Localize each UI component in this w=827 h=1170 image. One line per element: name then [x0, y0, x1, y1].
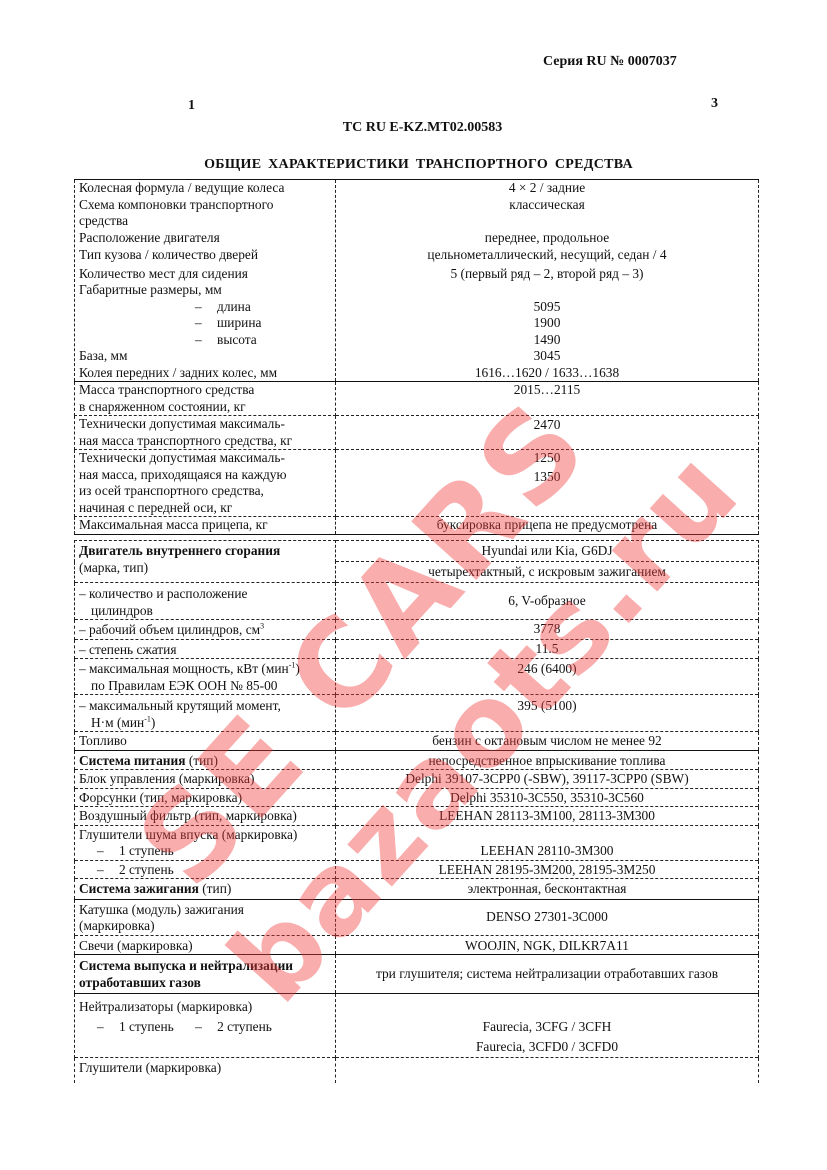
- catalysts-value: Faurecia, 3CFG / 3CFH Faurecia, 3CFD0 / …: [336, 994, 759, 1058]
- value-cell: 4 × 2 / задние классическая переднее, пр…: [336, 180, 759, 382]
- fuel-value: бензин с октановым числом не менее 92: [336, 732, 759, 751]
- power-label: – максимальная мощность, кВт (мин-1) по …: [75, 659, 336, 695]
- seats-label: Количество мест для сидения: [79, 266, 331, 283]
- length-label: –длина: [79, 299, 331, 316]
- intake-stage-1-value: LEEHAN 28110-3M300: [336, 825, 759, 860]
- label-cell: Колесная формула / ведущие колеса Схема …: [75, 180, 336, 382]
- certificate-number: ТС RU E-KZ.MT02.00583: [0, 120, 827, 136]
- engine-type-value: четырехтактный, с искровым зажиганием: [336, 562, 759, 583]
- table-row: – рабочий объем цилиндров, см3 3778: [75, 620, 759, 640]
- wheelbase-value: 3045: [340, 348, 754, 365]
- height-value: 1490: [340, 332, 754, 349]
- seats-value: 5 (первый ряд – 2, второй ряд – 3): [340, 266, 754, 283]
- table-row: Воздушный фильтр (тип, маркировка) LEEHA…: [75, 807, 759, 826]
- layout-label: Схема компоновки транспортного: [79, 197, 331, 214]
- page-number-left: 1: [188, 98, 195, 114]
- axle-mass-label: Технически допустимая максималь- ная мас…: [75, 450, 336, 517]
- table-row: Топливо бензин с октановым числом не мен…: [75, 732, 759, 751]
- fuel-system-value: непосредственное впрыскивание топлива: [336, 750, 759, 770]
- table-row: Технически допустимая максималь- ная мас…: [75, 416, 759, 450]
- ecu-label: Блок управления (маркировка): [75, 770, 336, 789]
- engine-title-label: Двигатель внутреннего сгорания (марка, т…: [75, 541, 336, 583]
- table-row: Свечи (маркировка) WOOJIN, NGK, DILKR7A1…: [75, 935, 759, 955]
- table-row: Система питания (тип) непосредственное в…: [75, 750, 759, 770]
- curb-mass-value: 2015…2115: [336, 382, 759, 416]
- intake-stage-2-value: LEEHAN 28195-3M200, 28195-3M250: [336, 860, 759, 879]
- track-value: 1616…1620 / 1633…1638: [340, 365, 754, 382]
- ignition-label: Система зажигания (тип): [75, 879, 336, 900]
- table-row: Система выпуска и нейтрализации отработа…: [75, 955, 759, 994]
- fuel-label: Топливо: [75, 732, 336, 751]
- wheel-formula-label: Колесная формула / ведущие колеса: [79, 180, 331, 197]
- width-value: 1900: [340, 315, 754, 332]
- intake-stage-2-label: –2 ступень: [75, 860, 336, 879]
- body-type-value: цельнометаллический, несущий, седан / 4: [340, 247, 754, 264]
- trailer-mass-value: буксировка прицепа не предусмотрена: [336, 517, 759, 535]
- axle-mass-value: 1250 1350: [336, 450, 759, 517]
- table-row: Глушители (маркировка): [75, 1058, 759, 1083]
- engine-make-value: Hyundai или Kia, G6DJ: [336, 541, 759, 562]
- table-row: Форсунки (тип, маркировка) Delphi 35310-…: [75, 788, 759, 807]
- page-title: ОБЩИЕ ХАРАКТЕРИСТИКИ ТРАНСПОРТНОГО СРЕДС…: [0, 157, 827, 173]
- mufflers-value: [336, 1058, 759, 1083]
- page-number-right: 3: [711, 96, 718, 112]
- coil-label: Катушка (модуль) зажигания (маркировка): [75, 899, 336, 935]
- compression-value: 11.5: [336, 639, 759, 659]
- table-row: – степень сжатия 11.5: [75, 639, 759, 659]
- curb-mass-label: Масса транспортного средства в снаряженн…: [75, 382, 336, 416]
- max-mass-value: 2470: [336, 416, 759, 450]
- general-characteristics-table: Колесная формула / ведущие колеса Схема …: [74, 179, 759, 535]
- torque-value: 395 (5100): [336, 695, 759, 732]
- catalysts-label: Нейтрализаторы (маркировка) –1 ступень –…: [75, 994, 336, 1058]
- table-row: – максимальная мощность, кВт (мин-1) по …: [75, 659, 759, 695]
- exhaust-value: три глушителя; система нейтрализации отр…: [336, 955, 759, 994]
- displacement-value: 3778: [336, 620, 759, 640]
- plugs-label: Свечи (маркировка): [75, 935, 336, 955]
- table-row: Двигатель внутреннего сгорания (марка, т…: [75, 541, 759, 562]
- layout-value: классическая: [340, 197, 754, 214]
- trailer-mass-label: Максимальная масса прицепа, кг: [75, 517, 336, 535]
- max-mass-label: Технически допустимая максималь- ная мас…: [75, 416, 336, 450]
- track-label: Колея передних / задних колес, мм: [79, 365, 331, 382]
- ecu-value: Delphi 39107-3CPP0 (-SBW), 39117-3CPP0 (…: [336, 770, 759, 789]
- table-row: Блок управления (маркировка) Delphi 3910…: [75, 770, 759, 789]
- wheelbase-label: База, мм: [79, 348, 331, 365]
- injectors-label: Форсунки (тип, маркировка): [75, 788, 336, 807]
- engine-location-value: переднее, продольное: [340, 230, 754, 247]
- engine-location-label: Расположение двигателя: [79, 230, 331, 247]
- air-filter-label: Воздушный фильтр (тип, маркировка): [75, 807, 336, 826]
- plugs-value: WOOJIN, NGK, DILKR7A11: [336, 935, 759, 955]
- displacement-label: – рабочий объем цилиндров, см3: [75, 620, 336, 640]
- coil-value: DENSO 27301-3C000: [336, 899, 759, 935]
- table-row: –2 ступень LEEHAN 28195-3M200, 28195-3M2…: [75, 860, 759, 879]
- table-row: Катушка (модуль) зажигания (маркировка) …: [75, 899, 759, 935]
- length-value: 5095: [340, 299, 754, 316]
- table-row: Технически допустимая максималь- ная мас…: [75, 450, 759, 517]
- table-row: – максимальный крутящий момент, Н·м (мин…: [75, 695, 759, 732]
- exhaust-label: Система выпуска и нейтрализации отработа…: [75, 955, 336, 994]
- table-row: – количество и расположение цилиндров 6,…: [75, 583, 759, 620]
- table-row: Глушители шума впуска (маркировка) –1 ст…: [75, 825, 759, 860]
- cylinders-label: – количество и расположение цилиндров: [75, 583, 336, 620]
- ignition-value: электронная, бесконтактная: [336, 879, 759, 900]
- table-row: Система зажигания (тип) электронная, бес…: [75, 879, 759, 900]
- wheel-formula-value: 4 × 2 / задние: [340, 180, 754, 197]
- series-number: Серия RU № 0007037: [543, 54, 677, 70]
- table-row: Максимальная масса прицепа, кг буксировк…: [75, 517, 759, 535]
- injectors-value: Delphi 35310-3C550, 35310-3C560: [336, 788, 759, 807]
- compression-label: – степень сжатия: [75, 639, 336, 659]
- fuel-system-label: Система питания (тип): [75, 750, 336, 770]
- table-row: Колесная формула / ведущие колеса Схема …: [75, 180, 759, 382]
- layout-label-cont: средства: [79, 213, 331, 230]
- torque-label: – максимальный крутящий момент, Н·м (мин…: [75, 695, 336, 732]
- engine-characteristics-table: Двигатель внутреннего сгорания (марка, т…: [74, 540, 759, 1083]
- power-value: 246 (6400): [336, 659, 759, 695]
- height-label: –высота: [79, 332, 331, 349]
- width-label: –ширина: [79, 315, 331, 332]
- table-row: Масса транспортного средства в снаряженн…: [75, 382, 759, 416]
- intake-silencers-label: Глушители шума впуска (маркировка) –1 ст…: [75, 825, 336, 860]
- body-type-label: Тип кузова / количество дверей: [79, 247, 331, 264]
- air-filter-value: LEEHAN 28113-3M100, 28113-3M300: [336, 807, 759, 826]
- dimensions-label: Габаритные размеры, мм: [79, 282, 331, 299]
- table-row: Нейтрализаторы (маркировка) –1 ступень –…: [75, 994, 759, 1058]
- cylinders-value: 6, V-образное: [336, 583, 759, 620]
- mufflers-label: Глушители (маркировка): [75, 1058, 336, 1083]
